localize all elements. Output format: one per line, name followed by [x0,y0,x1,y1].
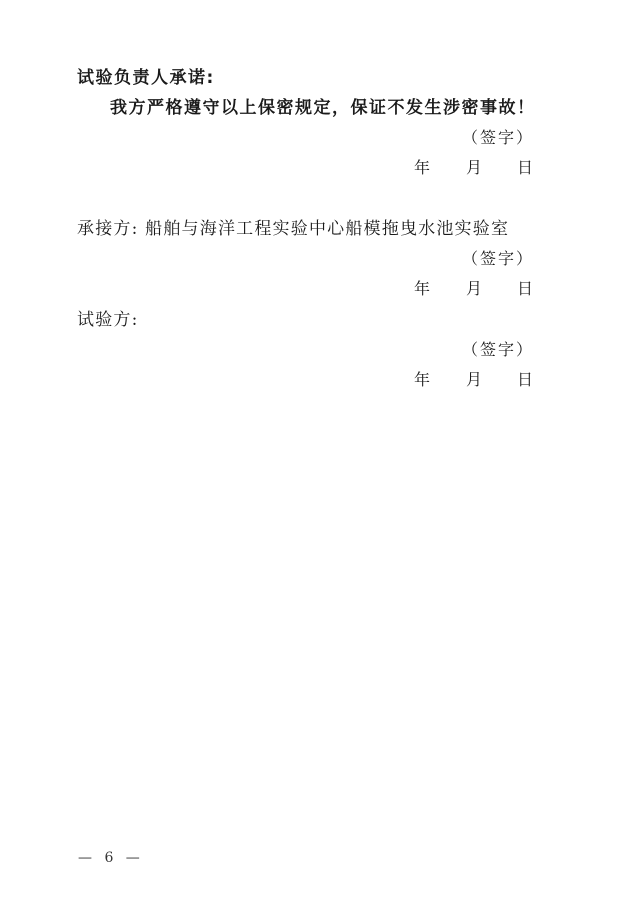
contractor-name: 船舶与海洋工程实验中心船模拖曳水池实验室 [145,219,509,239]
date-month: 月 [466,158,482,178]
page-number: — 6 — [78,849,144,867]
pledge-statement: 我方严格遵守以上保密规定，保证不发生涉密事故！ [110,98,536,118]
date-day: 日 [517,370,533,390]
contractor-signature-label: （签字） [462,249,534,269]
date-month: 月 [466,279,482,299]
pledge-heading: 试验负责人承诺: [77,68,215,88]
contractor-line: 承接方: 船舶与海洋工程实验中心船模拖曳水池实验室 [77,219,509,239]
pledge-signature-label: （签字） [462,128,534,148]
contractor-label: 承接方: [77,219,139,239]
date-day: 日 [517,158,533,178]
date-month: 月 [466,370,482,390]
date-day: 日 [517,279,533,299]
date-year: 年 [414,370,430,390]
date-year: 年 [414,279,430,299]
tester-signature-label: （签字） [462,340,534,360]
tester-label: 试验方: [77,310,139,330]
date-year: 年 [414,158,430,178]
